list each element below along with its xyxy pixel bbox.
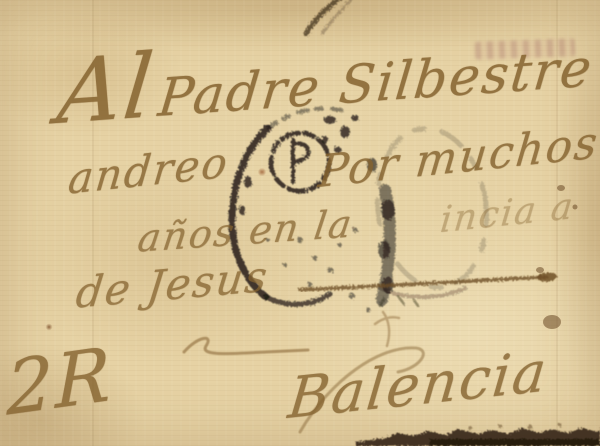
letter-cover: AlPadre Silbestre andreo Por muchos años…: [0, 0, 600, 446]
address-initial: Al: [53, 34, 159, 145]
manuscript-rate-mark: 2R: [7, 337, 113, 427]
long-horizontal-pen-stroke: [300, 272, 557, 290]
dark-bottom-edge-band: [356, 423, 600, 446]
